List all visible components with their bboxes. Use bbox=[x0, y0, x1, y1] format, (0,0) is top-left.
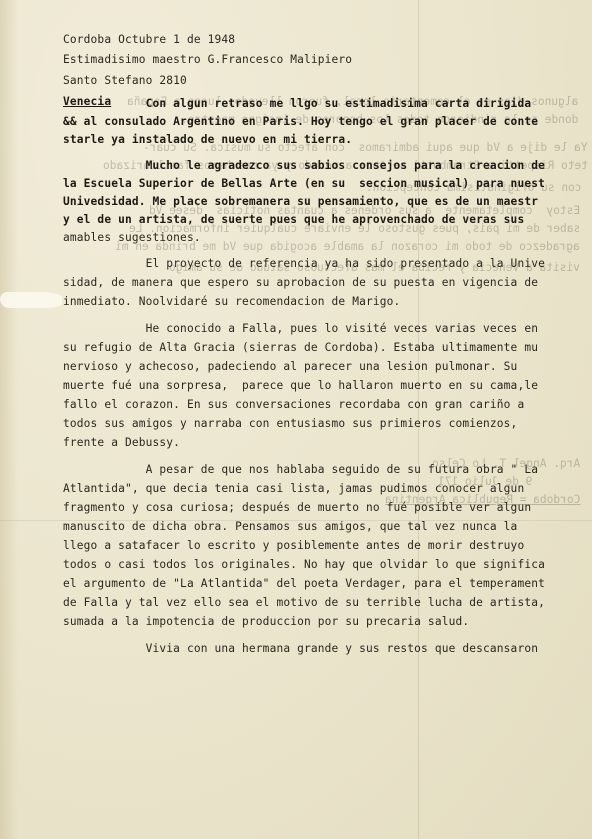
letter-date: Cordoba Octubre 1 de 1948 bbox=[63, 34, 235, 45]
letter-line: Atlantida", que decia tenia casi lista, … bbox=[63, 483, 524, 494]
letter-line: Vivia con una hermana grande y sus resto… bbox=[63, 643, 538, 654]
letter-line: Univedsidad. Me place sobremanera su pen… bbox=[63, 196, 538, 207]
letter-recipient: Estimadisimo maestro G.Francesco Malipie… bbox=[63, 54, 352, 65]
letter-address: Santo Stefano 2810 bbox=[63, 75, 187, 86]
letter-line: sidad, de manera que espero su aprobacio… bbox=[63, 277, 538, 288]
letter-line: la Escuela Superior de Bellas Arte (en s… bbox=[63, 178, 545, 189]
letter-line: todos o casi todos los originales. No ha… bbox=[63, 559, 545, 570]
letter-line: de Falla y tal vez ello sea el motivo de… bbox=[63, 597, 545, 608]
letter-line: inmediato. Noolvidaré su recomendacion d… bbox=[63, 296, 400, 307]
letter-line: muerte fué una sorpresa, parece que lo h… bbox=[63, 380, 538, 391]
letter-line: y el de un artista, de suerte pues que h… bbox=[63, 214, 524, 225]
letter-line: sumada a la impotencia de produccion por… bbox=[63, 616, 469, 627]
letter-line: fragmento y cosa curiosa; después de mue… bbox=[63, 502, 531, 513]
letter-line: nervioso y achecoso, padeciendo al parec… bbox=[63, 361, 517, 372]
letter-line: frente a Debussy. bbox=[63, 437, 180, 448]
letter-line: amables sugestiones. bbox=[63, 232, 201, 243]
paper-tear bbox=[0, 292, 62, 308]
letter-line: todos sus amigos y narraba con entusiasm… bbox=[63, 418, 517, 429]
letter-line: Con algun retraso me llgo su estimadisim… bbox=[63, 98, 531, 109]
letter-line: el argumento de "La Atlantida" del poeta… bbox=[63, 578, 545, 589]
letter-line: llego a satafacer lo escrito y posibleme… bbox=[63, 540, 524, 551]
letter-line: && al consulado Argentino en Paris. Hoy … bbox=[63, 116, 538, 127]
letter-line: Mucho le agradezco sus sabios consejos p… bbox=[63, 160, 545, 171]
letter-line: su refugio de Alta Gracia (sierras de Co… bbox=[63, 342, 538, 353]
letter-line: starle ya instalado de nuevo en mi tierr… bbox=[63, 134, 352, 145]
letter-line: A pesar de que nos hablaba seguido de su… bbox=[63, 464, 538, 475]
letter-line: fallo el corazon. En sus conversaciones … bbox=[63, 399, 524, 410]
letter-line: manuscito de dicha obra. Pensamos sus am… bbox=[63, 521, 517, 532]
letter-line: He conocido a Falla, pues lo visité vece… bbox=[63, 323, 538, 334]
letter-page: algunos dias en el cementario local, fue… bbox=[0, 0, 592, 839]
letter-line: El proyecto de referencia ya ha sido pre… bbox=[63, 258, 545, 269]
